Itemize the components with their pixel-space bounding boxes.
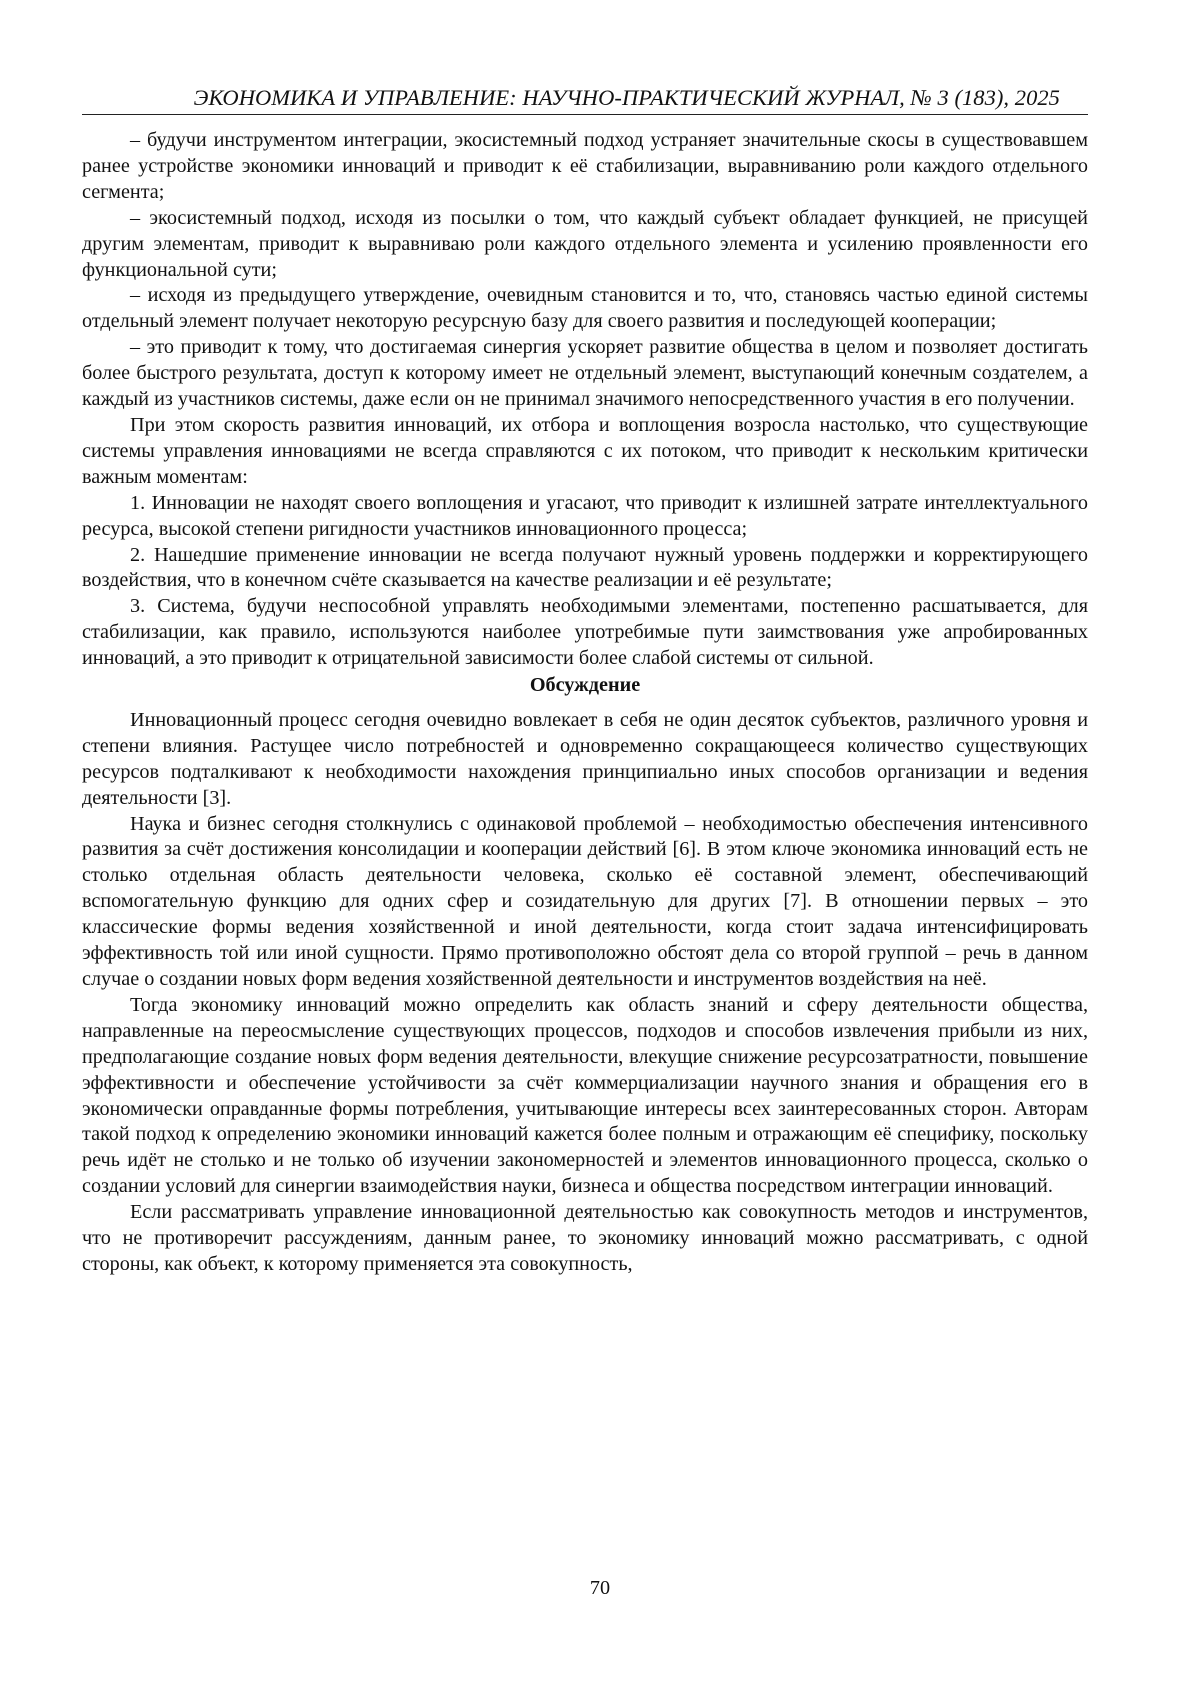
intro-paragraph: При этом скорость развития инноваций, их… bbox=[82, 413, 1088, 491]
discussion-paragraph: Если рассматривать управление инновацион… bbox=[82, 1200, 1088, 1278]
bullet-paragraph: – будучи инструментом интеграции, экосис… bbox=[82, 128, 1088, 206]
section-heading: Обсуждение bbox=[82, 673, 1088, 699]
bullet-paragraph: – экосистемный подход, исходя из посылки… bbox=[82, 206, 1088, 284]
discussion-paragraph: Тогда экономику инноваций можно определи… bbox=[82, 993, 1088, 1200]
numbered-item: 2. Нашедшие применение инновации не всег… bbox=[82, 543, 1088, 595]
bullet-paragraph: – это приводит к тому, что достигаемая с… bbox=[82, 335, 1088, 413]
page-number: 70 bbox=[0, 1575, 1200, 1601]
journal-page: ЭКОНОМИКА И УПРАВЛЕНИЕ: НАУЧНО-ПРАКТИЧЕС… bbox=[82, 84, 1088, 1278]
numbered-item: 3. Система, будучи неспособной управлять… bbox=[82, 594, 1088, 672]
discussion-paragraph: Наука и бизнес сегодня столкнулись с оди… bbox=[82, 812, 1088, 993]
header-rule bbox=[82, 114, 1088, 115]
article-body: – будучи инструментом интеграции, экосис… bbox=[82, 128, 1088, 1278]
bullet-paragraph: – исходя из предыдущего утверждение, оче… bbox=[82, 283, 1088, 335]
discussion-paragraph: Инновационный процесс сегодня очевидно в… bbox=[82, 708, 1088, 812]
running-header: ЭКОНОМИКА И УПРАВЛЕНИЕ: НАУЧНО-ПРАКТИЧЕС… bbox=[82, 84, 1088, 112]
numbered-item: 1. Инновации не находят своего воплощени… bbox=[82, 491, 1088, 543]
